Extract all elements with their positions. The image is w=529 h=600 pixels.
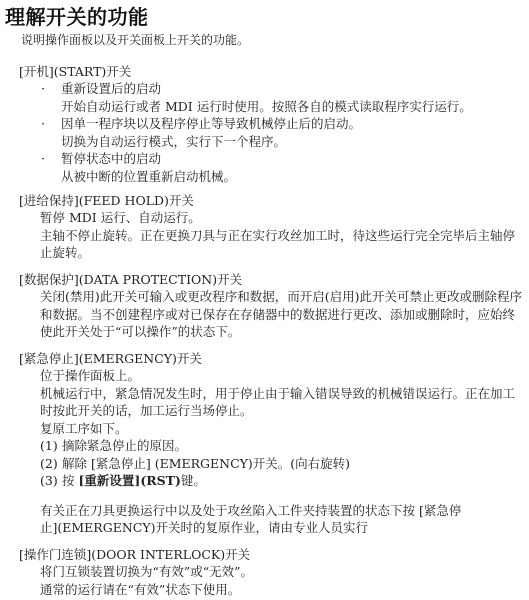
section-heading: [操作门连锁](DOOR INTERLOCK)开关 [19,546,524,563]
item-title: 因单一程序块以及程序停止等导致机械停止后的启动。 [61,116,361,131]
section-heading: [开机](START)开关 [19,63,524,80]
text-line: 位于操作面板上。 [19,367,524,385]
note-line: 有关正在刀具更换运行中以及处于攻丝陷入工件夹持装置的状态下按 [紧急停 [19,502,524,520]
text-line: 和数据。当不创建程序或对已保存在存储器中的数据进行更改、添加或删除时，应始终 [19,306,524,324]
text-line: 关闭(禁用)此开关可输入或更改程序和数据，而开启(启用)此开关可禁止更改或删除程… [19,288,524,306]
section-emergency: [紧急停止](EMERGENCY)开关 位于操作面板上。 机械运行中，紧急情况发… [19,350,524,537]
bullet-icon: · [41,115,45,133]
step-number: (1) [40,437,62,455]
text-line: 复原工序如下。 [19,420,524,438]
step-item: (3)按 [重新设置](RST)键。 [19,472,524,490]
step-item: (1)摘除紧急停止的原因。 [19,437,524,455]
bullet-icon: · [41,80,45,98]
text-line: 将门互锁装置切换为“有效”或“无效”。 [19,563,524,581]
step-text-suffix: 键。 [181,473,206,488]
bullet-icon: · [41,150,45,168]
text-line: 使此开关处于“可以操作”的状态下。 [19,323,524,341]
item-title: 暂停状态中的启动 [61,151,161,166]
section-feed-hold: [进给保持](FEED HOLD)开关 暂停 MDI 运行、自动运行。 主轴不停… [19,192,524,262]
text-line: 通常的运行请在“有效”状态下使用。 [19,581,524,599]
text-line: 暂停 MDI 运行、自动运行。 [19,209,524,227]
text-line: 时按此开关的话，加工运行当场停止。 [19,402,524,420]
item-desc: 切换为自动运行模式，实行下一个程序。 [19,133,524,151]
item-title: 重新设置后的启动 [61,81,161,96]
step-item: (2)解除 [紧急停止] (EMERGENCY)开关。(向右旋转) [19,455,524,473]
rst-key-label: [重新设置](RST) [78,473,180,488]
text-line: 主轴不停止旋转。正在更换刀具与正在实行攻丝加工时，待这些运行完全完毕后主轴停 [19,227,524,245]
section-heading: [进给保持](FEED HOLD)开关 [19,192,524,209]
list-item: · 因单一程序块以及程序停止等导致机械停止后的启动。 [19,115,524,133]
section-start: [开机](START)开关 · 重新设置后的启动 开始自动运行或者 MDI 运行… [19,63,524,185]
item-desc: 开始自动运行或者 MDI 运行时使用。按照各自的模式读取程序实行运行。 [19,98,524,116]
step-number: (3) [40,472,62,490]
intro-text: 说明操作面板以及开关面板上开关的功能。 [21,33,249,47]
step-number: (2) [40,455,62,473]
section-door-interlock: [操作门连锁](DOOR INTERLOCK)开关 将门互锁装置切换为“有效”或… [19,546,524,598]
section-heading: [紧急停止](EMERGENCY)开关 [19,350,524,367]
note-line: 止](EMERGENCY)开关时的复原作业，请由专业人员实行 [19,519,524,537]
item-desc: 从被中断的位置重新启动机械。 [19,168,524,186]
text-line: 机械运行中，紧急情况发生时，用于停止由于输入错误导致的机械错误运行。正在加工 [19,385,524,403]
list-item: · 重新设置后的启动 [19,80,524,98]
step-text: 摘除紧急停止的原因。 [62,438,187,453]
section-heading: [数据保护](DATA PROTECTION)开关 [19,271,524,288]
section-data-protection: [数据保护](DATA PROTECTION)开关 关闭(禁用)此开关可输入或更… [19,271,524,341]
page-title: 理解开关的功能 [5,6,149,28]
step-text: 解除 [紧急停止] (EMERGENCY)开关。(向右旋转) [62,456,350,471]
text-line: 止旋转。 [19,244,524,262]
list-item: · 暂停状态中的启动 [19,150,524,168]
step-text: 按 [62,473,78,488]
